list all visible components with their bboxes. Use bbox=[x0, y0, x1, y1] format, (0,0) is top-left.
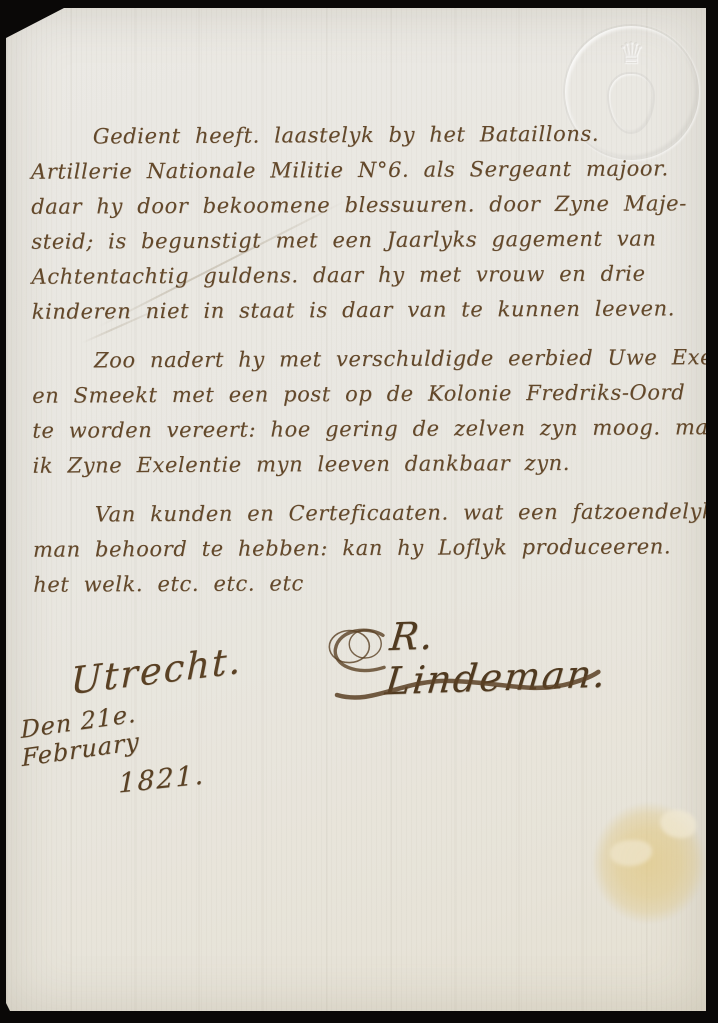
letter-paper: ♛ Gedient heeft. laastelyk by het Batail… bbox=[6, 8, 706, 1011]
letter-line: steid; is begunstigt met een Jaarlyks ga… bbox=[31, 221, 691, 259]
year-text: 1821. bbox=[118, 753, 263, 799]
letter-line: man behoord te hebben: kan hy Loflyk pro… bbox=[33, 529, 693, 567]
seal-crown-icon: ♛ bbox=[618, 36, 645, 71]
letter-line: ik Zyne Exelentie myn leeven dankbaar zy… bbox=[32, 445, 692, 483]
letter-line: kinderen niet in staat is daar van te ku… bbox=[32, 291, 692, 329]
wax-stain bbox=[592, 802, 706, 924]
letter-line: Zoo nadert hy met verschuldigde eerbied … bbox=[32, 340, 692, 378]
stain-highlight bbox=[660, 810, 696, 838]
place-date-block: Utrecht. Den 21e. February 1821. bbox=[14, 648, 264, 792]
letter-line: Van kunden en Certeficaaten. wat een fat… bbox=[33, 494, 693, 532]
letter-line: Gedient heeft. laastelyk by het Bataillo… bbox=[31, 116, 691, 154]
letter-body: Gedient heeft. laastelyk by het Bataillo… bbox=[31, 116, 694, 602]
letter-paragraph-1: Gedient heeft. laastelyk by het Bataillo… bbox=[31, 116, 692, 329]
stain-highlight bbox=[610, 840, 652, 866]
letter-line: Artillerie Nationale Militie N°6. als Se… bbox=[31, 151, 691, 189]
letter-line: en Smeekt met een post op de Kolonie Fre… bbox=[32, 375, 692, 413]
letter-line: het welk. etc. etc. etc bbox=[33, 564, 693, 602]
letter-line: daar hy door bekoomene blessuuren. door … bbox=[31, 186, 691, 224]
letter-paragraph-2: Zoo nadert hy met verschuldigde eerbied … bbox=[32, 340, 693, 483]
signature-block: R. Lindeman. bbox=[324, 601, 634, 612]
letter-line: te worden vereert: hoe gering de zelven … bbox=[32, 410, 692, 448]
scanned-letter: ♛ Gedient heeft. laastelyk by het Batail… bbox=[0, 0, 718, 1023]
letter-line: Achtentachtig guldens. daar hy met vrouw… bbox=[31, 256, 691, 294]
letter-paragraph-3: Van kunden en Certeficaaten. wat een fat… bbox=[33, 494, 694, 602]
